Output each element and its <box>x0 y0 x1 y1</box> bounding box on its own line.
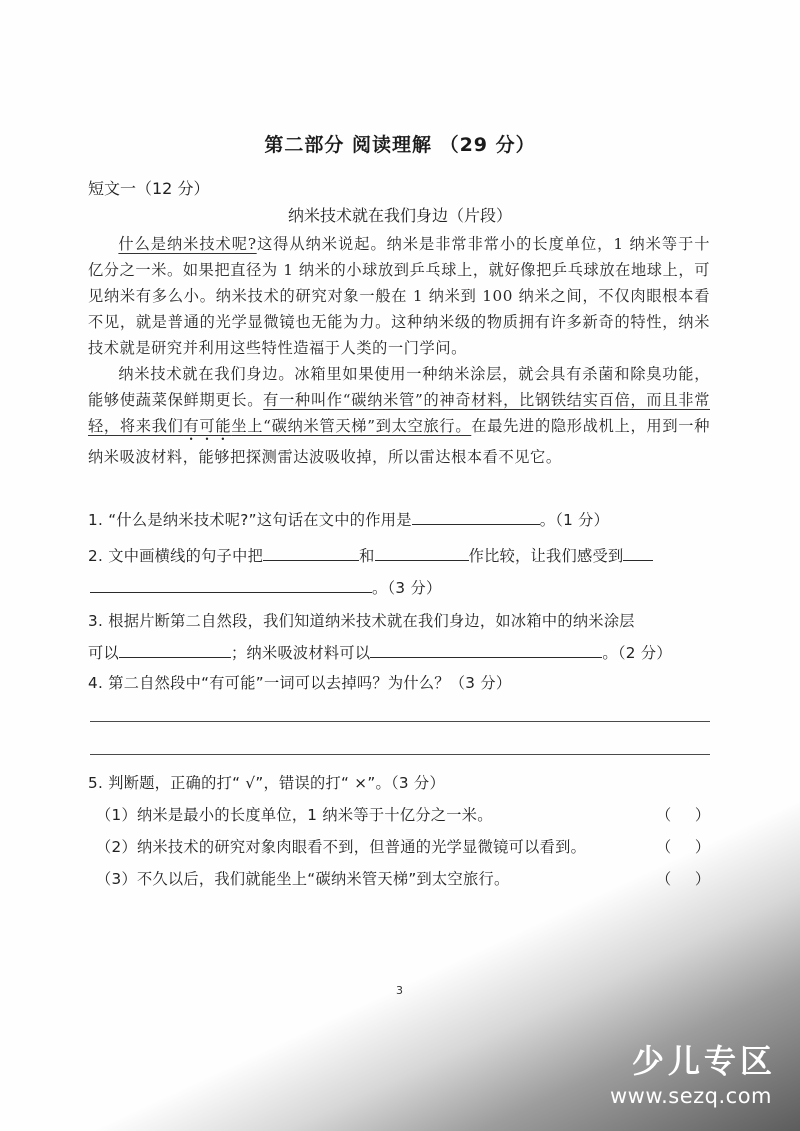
question-1-score: 。（1 分） <box>540 511 609 529</box>
question-2-blank-1[interactable] <box>263 544 359 561</box>
question-1-text: 1. “什么是纳米技术呢?”这句话在文中的作用是 <box>88 511 412 529</box>
question-4: 4. 第二自然段中“有可能”一词可以去掉吗？为什么？（3 分） <box>88 672 511 693</box>
question-4-answer-line-2[interactable] <box>90 754 710 755</box>
question-3: 3. 根据片断第二自然段，我们知道纳米技术就在我们身边，如冰箱中的纳米涂层 <box>88 610 635 631</box>
passage-paragraph-2: 纳米技术就在我们身边。冰箱里如果使用一种纳米涂层，就会具有杀菌和除臭功能，能够使… <box>88 361 710 470</box>
question-2: 2. 文中画横线的句子中把和作比较，让我们感受到 <box>88 544 653 566</box>
watermark-logo-text: 少儿专区 <box>632 1036 776 1082</box>
underlined-question-sentence: 什么是纳米技术呢? <box>118 235 256 253</box>
question-1: 1. “什么是纳米技术呢?”这句话在文中的作用是。（1 分） <box>88 508 609 530</box>
part-title: 第二部分 阅读理解 （29 分） <box>0 130 800 157</box>
emphasized-word: 有可能 <box>184 417 232 435</box>
question-3-blank-2[interactable] <box>370 641 602 658</box>
true-false-item-2: （2）纳米技术的研究对象肉眼看不到，但普通的光学显微镜可以看到。 <box>96 836 586 857</box>
question-4-text: 4. 第二自然段中“有可能”一词可以去掉吗？为什么？（3 分） <box>88 674 511 692</box>
paren-open: （ <box>656 804 671 825</box>
question-2-blank-3[interactable] <box>90 576 372 593</box>
question-3-score: 。（2 分） <box>602 644 671 662</box>
question-3-text: 3. 根据片断第二自然段，我们知道纳米技术就在我们身边，如冰箱中的纳米涂层 <box>88 612 635 630</box>
exam-page: 第二部分 阅读理解 （29 分） 短文一（12 分） 纳米技术就在我们身边（片段… <box>0 0 800 1131</box>
underlined-comparison-sentence-b: 坐上“碳纳米管天梯”到太空旅行。 <box>231 417 471 435</box>
paren-close: ） <box>695 804 710 825</box>
true-false-item-3-text: （3）不久以后，我们就能坐上“碳纳米管天梯”到太空旅行。 <box>96 870 510 888</box>
question-5: 5. 判断题，正确的打“ √”，错误的打“ ×”。（3 分） <box>88 772 445 793</box>
question-2-score: 。（3 分） <box>372 579 441 597</box>
question-3-blank-1[interactable] <box>119 641 231 658</box>
paragraph-1-text: 这得从纳米说起。纳米是非常非常小的长度单位，1 纳米等于十亿分之一米。如果把直径… <box>88 235 710 357</box>
true-false-item-3: （3）不久以后，我们就能坐上“碳纳米管天梯”到太空旅行。 <box>96 868 510 889</box>
passage-title: 纳米技术就在我们身边（片段） <box>0 203 800 226</box>
question-2-blank-2[interactable] <box>375 544 469 561</box>
paren-open: （ <box>656 836 671 857</box>
paren-close: ） <box>695 868 710 889</box>
question-3-text-a: 可以 <box>88 644 119 662</box>
question-4-answer-line-1[interactable] <box>90 721 710 722</box>
true-false-item-2-answer[interactable]: （） <box>656 836 710 857</box>
true-false-item-1-text: （1）纳米是最小的长度单位，1 纳米等于十亿分之一米。 <box>96 806 493 824</box>
question-2-continued: 。（3 分） <box>88 576 441 598</box>
question-2-text-a: 2. 文中画横线的句子中把 <box>88 547 263 565</box>
question-3-text-b: ；纳米吸波材料可以 <box>231 644 370 662</box>
section-label: 短文一（12 分） <box>88 176 209 199</box>
question-1-answer-blank[interactable] <box>412 508 540 525</box>
question-3-continued: 可以；纳米吸波材料可以。（2 分） <box>88 641 672 663</box>
page-number: 3 <box>396 984 403 997</box>
true-false-item-1: （1）纳米是最小的长度单位，1 纳米等于十亿分之一米。 <box>96 804 493 825</box>
true-false-item-3-answer[interactable]: （） <box>656 868 710 889</box>
watermark-url: www.sezq.com <box>610 1084 772 1108</box>
reading-passage: 什么是纳米技术呢?这得从纳米说起。纳米是非常非常小的长度单位，1 纳米等于十亿分… <box>88 231 710 470</box>
passage-paragraph-1: 什么是纳米技术呢?这得从纳米说起。纳米是非常非常小的长度单位，1 纳米等于十亿分… <box>88 231 710 361</box>
paren-open: （ <box>656 868 671 889</box>
question-5-text: 5. 判断题，正确的打“ √”，错误的打“ ×”。（3 分） <box>88 774 445 792</box>
question-2-blank-3-start[interactable] <box>623 544 653 561</box>
true-false-item-2-text: （2）纳米技术的研究对象肉眼看不到，但普通的光学显微镜可以看到。 <box>96 838 586 856</box>
true-false-item-1-answer[interactable]: （） <box>656 804 710 825</box>
paren-close: ） <box>695 836 710 857</box>
question-2-text-b: 和 <box>359 547 375 565</box>
question-2-text-c: 作比较，让我们感受到 <box>469 547 624 565</box>
